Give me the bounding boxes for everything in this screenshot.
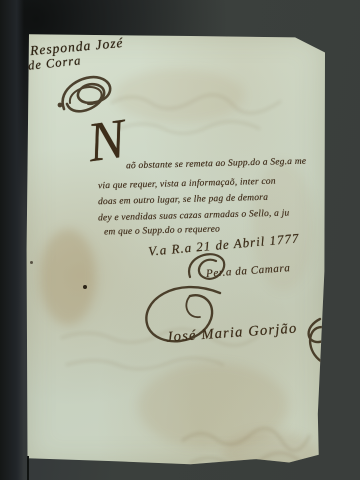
manuscript-photo: Responda Jozé de Corra N aõ obstante se … [0, 0, 360, 480]
ink-speck [30, 261, 33, 264]
paper-sheet: Responda Jozé de Corra N aõ obstante se … [26, 33, 325, 466]
binding-thread [27, 456, 29, 480]
ink-bleedthrough [176, 425, 316, 477]
photo-background-shadow [0, 0, 24, 480]
body-line: doas em outro lugar, se lhe pag de demor… [98, 193, 268, 207]
ink-bleedthrough [106, 85, 296, 155]
body-line: via que requer, vista a informaçaõ, inte… [98, 177, 276, 192]
ink-speck [83, 285, 87, 289]
body-line: em que o Supp.do o requereo [104, 224, 220, 237]
calligraphic-initial: N [84, 111, 129, 172]
signature-paraph-flourish [298, 313, 342, 371]
paper-stain [40, 229, 96, 325]
